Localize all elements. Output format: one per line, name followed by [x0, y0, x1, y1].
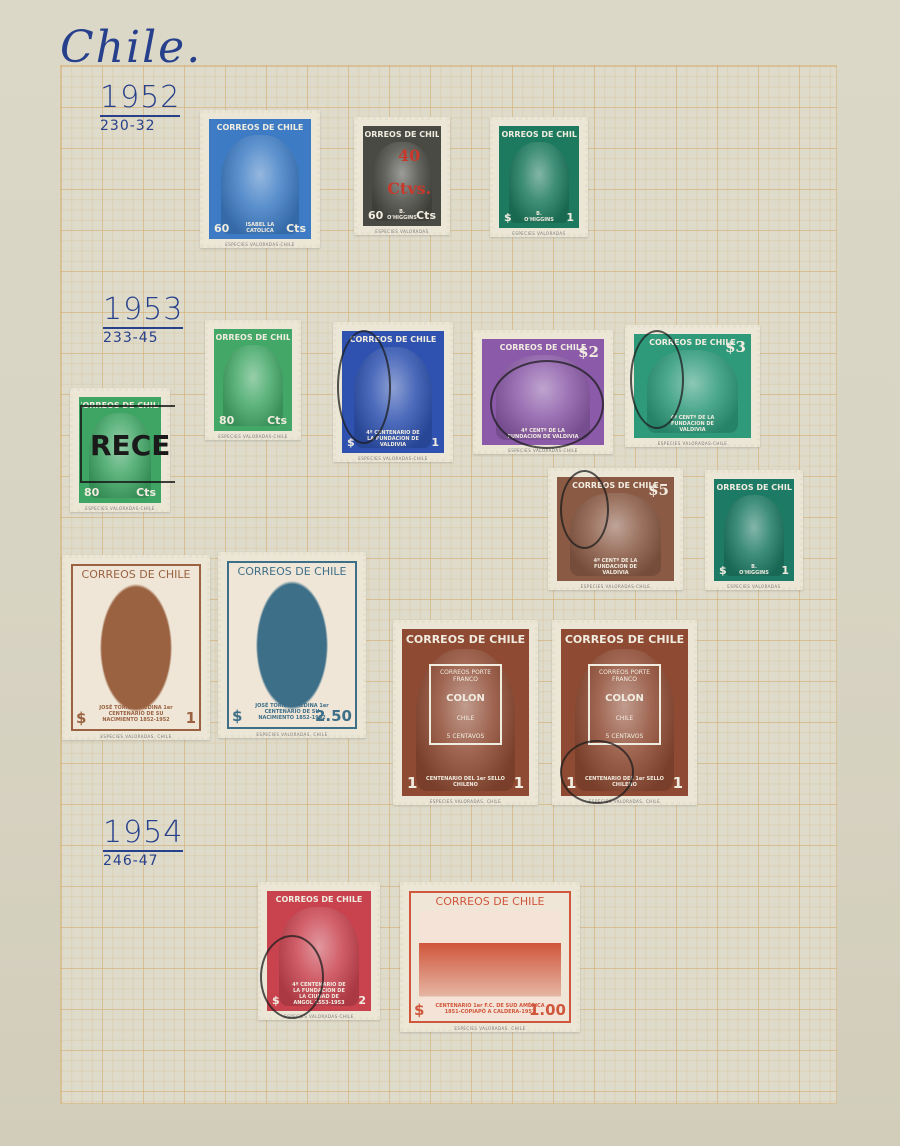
year-label: 1952 — [100, 80, 180, 115]
stamp: CORREOS DE CHILE$1.00CENTENARIO 1er F.C.… — [400, 882, 580, 1032]
stamp-face: CORREOS DE CHILE$1B. O'HIGGINS — [714, 479, 794, 581]
stamp-footer: ESPECIES VALORADAS. CHILE — [396, 799, 535, 804]
postmark-cancel — [260, 935, 324, 1019]
stamp-header: CORREOS DE CHILE — [238, 565, 347, 578]
inner-stamp-design: CORREOS PORTE FRANCOCOLONCHILE5 CENTAVOS — [429, 664, 503, 746]
section-1954: 1954 246-47 — [103, 815, 183, 869]
stamp: CORREOS DE CHILE60CtsB. O'HIGGINS40Ctvs.… — [354, 117, 450, 235]
postmark-cancel — [560, 740, 634, 804]
stamp-header: CORREOS DE CHILE — [500, 343, 587, 352]
stamp: CORREOS DE CHILE$1B. O'HIGGINSESPECIES V… — [490, 117, 588, 237]
stamp-caption: ISABEL LA CATOLICA — [211, 222, 309, 234]
stamp: CORREOS DE CHILE$2.50JOSÉ TORIBIO MEDINA… — [218, 552, 366, 738]
stamp-footer: ESPECIES VALORADAS. CHILE — [403, 1026, 577, 1031]
stamp-header: CORREOS DE CHILE — [276, 895, 363, 904]
stamp-header: CORREOS DE CHILE — [565, 633, 684, 646]
year-label: 1954 — [103, 815, 183, 850]
stamp-face: CORREOS DE CHILE60CtsB. O'HIGGINS40Ctvs. — [363, 126, 441, 226]
stamp-header: CORREOS DE CHILE — [436, 895, 545, 908]
stamp-caption: CENTENARIO DEL 1er SELLO CHILENO — [404, 776, 527, 788]
stamp-caption: B. O'HIGGINS — [501, 211, 577, 223]
stamp: CORREOS DE CHILE60CtsISABEL LA CATOLICAE… — [200, 110, 320, 248]
stamp-value-left: 80 — [219, 414, 234, 427]
stamp-header: CORREOS DE CHILE — [714, 483, 794, 492]
stamp-value-right: $3 — [725, 338, 746, 356]
stamp-vignette — [221, 135, 299, 234]
stamp: CORREOS DE CHILE11CENTENARIO DEL 1er SEL… — [393, 620, 538, 805]
stamp-footer: ESPECIES VALORADAS — [357, 229, 447, 234]
postmark-cancel — [337, 330, 391, 444]
stamp-caption: JOSÉ TORIBIO MEDINA 1er CENTENARIO DE SU… — [73, 705, 199, 723]
stamp-footer: ESPECIES VALORADAS. CHILE — [555, 799, 694, 804]
postmark-cancel — [490, 360, 604, 449]
catalog-range: 233-45 — [103, 327, 183, 346]
stamp: CORREOS DE CHILE80CtsESPECIES VALORADAS-… — [205, 320, 301, 440]
stamp-footer: ESPECIES VALORADAS — [493, 231, 585, 236]
inner-stamp-design: CORREOS PORTE FRANCOCOLONCHILE5 CENTAVOS — [588, 664, 662, 746]
stamp-face: CORREOS DE CHILE$1JOSÉ TORIBIO MEDINA 1e… — [71, 564, 201, 731]
section-1953: 1953 233-45 — [103, 292, 183, 346]
stamp-value-right: $2 — [578, 343, 599, 361]
stamp-header: CORREOS DE CHILE — [82, 568, 191, 581]
stamp-caption: CENTENARIO 1er F.C. DE SUD AMÉRICA 1851-… — [411, 1003, 569, 1015]
stamp-footer: ESPECIES VALORADAS. CHILE — [221, 732, 363, 737]
stamp-face: CORREOS DE CHILE80Cts — [214, 329, 292, 431]
stamp-face: CORREOS DE CHILE11CENTENARIO DEL 1er SEL… — [402, 629, 529, 796]
stamp: CORREOS DE CHILE$1JOSÉ TORIBIO MEDINA 1e… — [62, 555, 210, 740]
stamp-footer: ESPECIES VALORADAS-CHILE — [336, 456, 450, 461]
stamp-face: CORREOS DE CHILE$1.00CENTENARIO 1er F.C.… — [409, 891, 571, 1023]
stamp-face: CORREOS DE CHILE$1B. O'HIGGINS — [499, 126, 579, 228]
stamp-caption: B. O'HIGGINS — [365, 209, 439, 221]
stamp-face: CORREOS DE CHILE$2.50JOSÉ TORIBIO MEDINA… — [227, 561, 357, 729]
postmark-cancel — [560, 470, 609, 549]
stamp-value-left: 80 — [84, 486, 99, 499]
stamp: CORREOS DE CHILE$1B. O'HIGGINSESPECIES V… — [705, 470, 803, 590]
year-label: 1953 — [103, 292, 183, 327]
stamp-header: CORREOS DE CHILE — [217, 123, 304, 132]
box-cancel-rece: RECE — [80, 405, 175, 483]
stamp-footer: ESPECIES VALORADAS-CHILE — [203, 242, 317, 247]
stamp-header: CORREOS DE CHILE — [406, 633, 525, 646]
stamp-footer: ESPECIES VALORADAS — [708, 584, 800, 589]
section-1952: 1952 230-32 — [100, 80, 180, 134]
catalog-range: 230-32 — [100, 115, 180, 134]
stamp-caption: 4º CENTº DE LA FUNDACION DE VALDIVIA — [559, 558, 672, 576]
catalog-range: 246-47 — [103, 850, 183, 869]
stamp-footer: ESPECIES VALORADAS-CHILE — [551, 584, 680, 589]
album-page: Chile. 1952 230-32 1953 233-45 1954 246-… — [0, 0, 900, 1146]
country-heading: Chile. — [60, 22, 202, 73]
stamp-footer: ESPECIES VALORADAS-CHILE — [628, 441, 757, 446]
stamp-header: CORREOS DE CHILE — [214, 333, 292, 342]
stamp-footer: ESPECIES VALORADAS-CHILE — [73, 506, 167, 511]
stamp-value-right: Cts — [136, 486, 156, 499]
stamp-value-right: $5 — [648, 481, 669, 499]
postmark-cancel — [630, 330, 684, 429]
stamp-footer: ESPECIES VALORADAS. CHILE — [65, 734, 207, 739]
stamp-caption: JOSÉ TORIBIO MEDINA 1er CENTENARIO DE SU… — [229, 703, 355, 721]
stamp-caption: B. O'HIGGINS — [716, 564, 792, 576]
stamp-value-right: Cts — [267, 414, 287, 427]
stamp-face: CORREOS DE CHILE60CtsISABEL LA CATOLICA — [209, 119, 311, 239]
stamp-footer: ESPECIES VALORADAS-CHILE — [208, 434, 298, 439]
surcharge-overprint: 40Ctvs. — [387, 146, 431, 198]
stamp-header: CORREOS DE CHILE — [363, 130, 441, 139]
stamp-header: CORREOS DE CHILE — [499, 130, 579, 139]
